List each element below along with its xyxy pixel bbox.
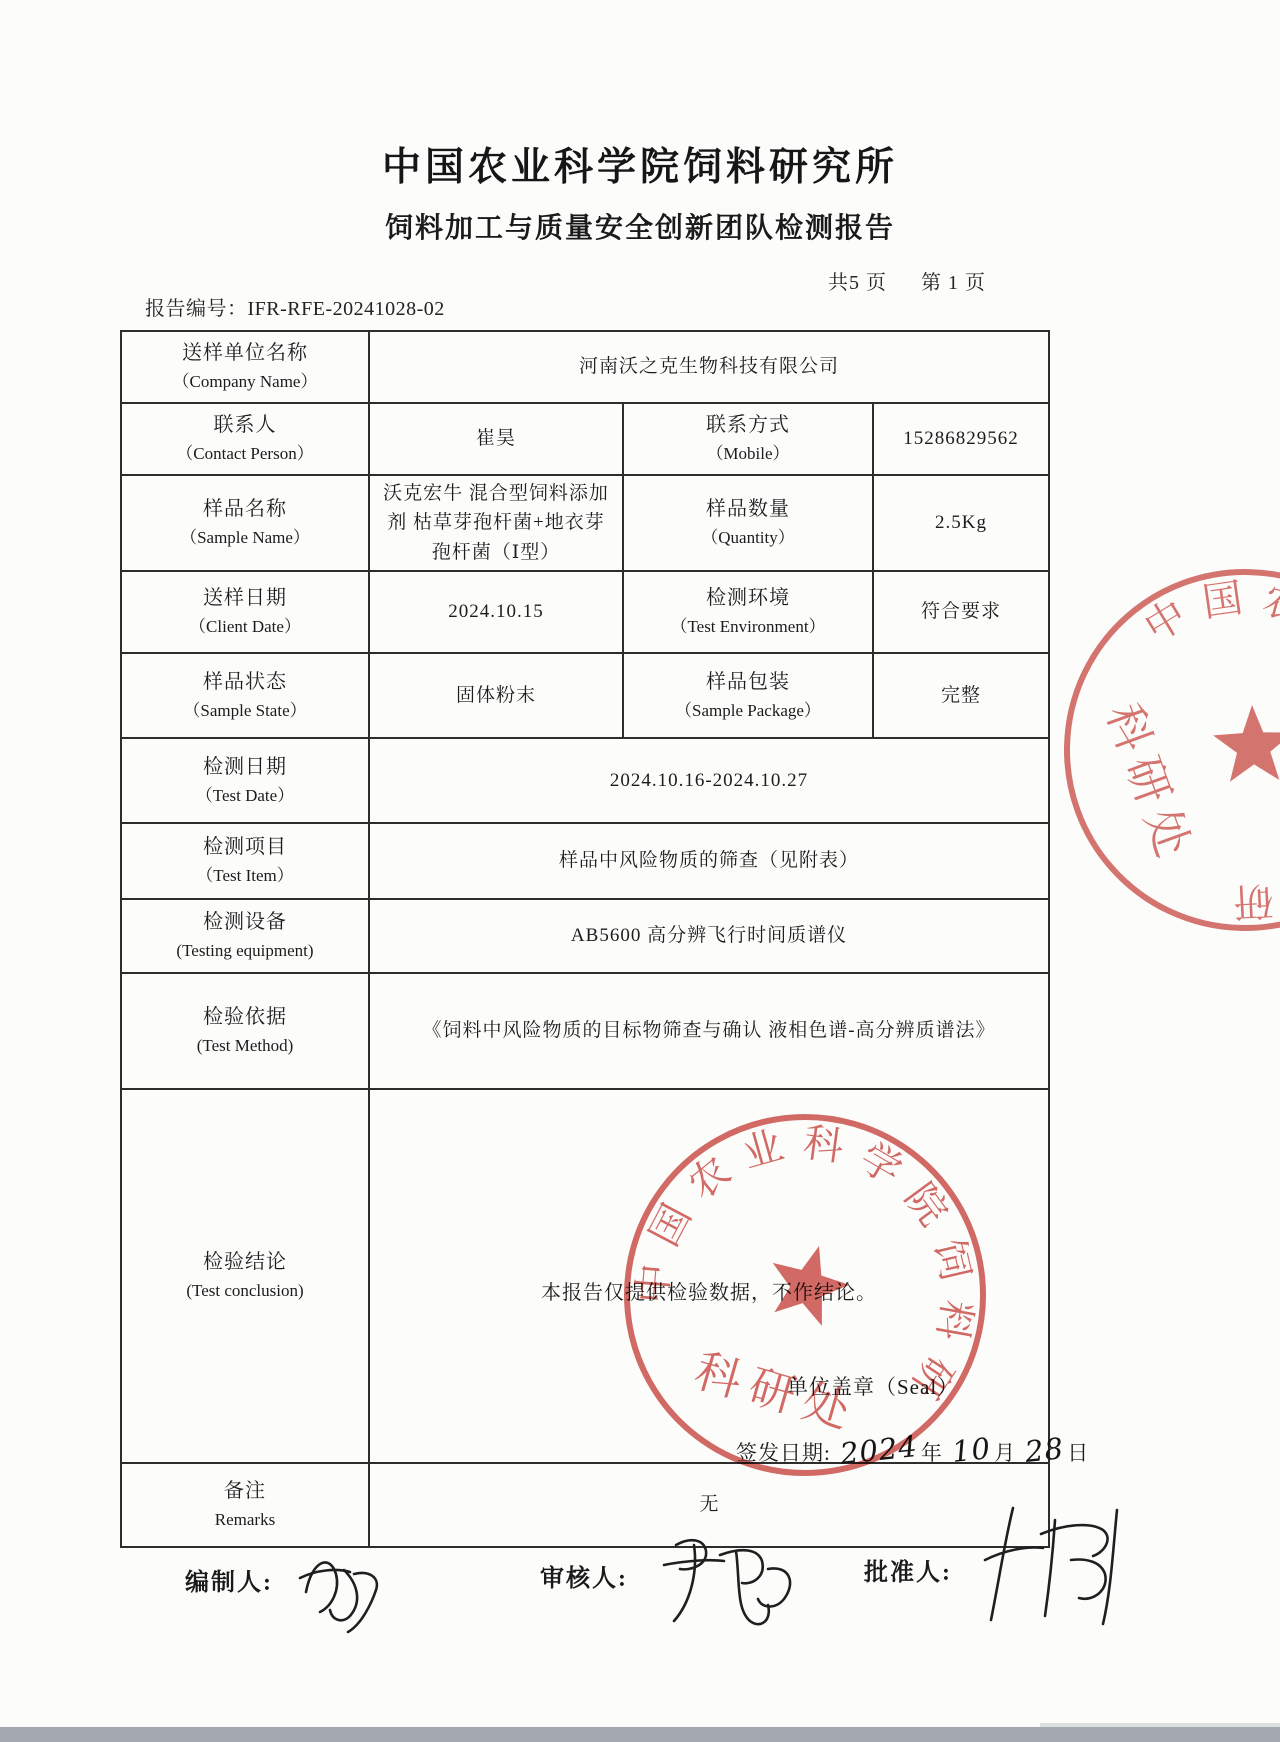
page-count-info: 共5 页 第 1 页 (828, 266, 986, 295)
conclusion-label-cell: 检验结论 (Test conclusion) (121, 1089, 369, 1463)
contact-label-cn: 联系人 (132, 410, 358, 441)
client-date-label-en: （Client Date） (132, 614, 358, 640)
test-date-label-cn: 检测日期 (132, 752, 358, 783)
sample-name-label-cell: 样品名称 （Sample Name） (121, 475, 369, 571)
seal-label: 单位盖章（Seal） (787, 1371, 959, 1404)
method-label-cn: 检验依据 (132, 1002, 358, 1033)
company-label-cn: 送样单位名称 (132, 338, 358, 369)
current-page-label: 第 1 页 (921, 272, 986, 294)
report-table: 送样单位名称 （Company Name） 河南沃之克生物科技有限公司 联系人 … (120, 330, 1050, 1548)
sample-state-label-cn: 样品状态 (132, 667, 358, 698)
day-unit: 日 (1067, 1441, 1089, 1465)
sign-date-month-handwritten: 10 (950, 1426, 993, 1475)
remarks-label-en: Remarks (132, 1507, 358, 1533)
package-label-en: （Sample Package） (634, 698, 862, 724)
company-label-en: （Company Name） (132, 369, 358, 395)
package-label-cn: 样品包装 (634, 667, 862, 698)
mobile-label-cn: 联系方式 (634, 410, 862, 441)
equipment-value-cell: AB5600 高分辨飞行时间质谱仪 (369, 899, 1049, 973)
reviewed-by-signature (650, 1525, 800, 1640)
page-subtitle: 饲料加工与质量安全创新团队检测报告 (0, 206, 1280, 246)
conclusion-statement: 本报告仅提供检验数据，不作结论。 (370, 1278, 1048, 1309)
contact-value-cell: 崔昊 (369, 403, 623, 475)
equipment-label-cell: 检测设备 (Testing equipment) (121, 899, 369, 973)
quantity-label-cell: 样品数量 （Quantity） (623, 475, 873, 571)
table-row: 检验依据 (Test Method) 《饲料中风险物质的目标物筛查与确认 液相色… (121, 973, 1049, 1089)
prepared-by-signature (292, 1540, 392, 1635)
package-value-cell: 完整 (873, 653, 1049, 738)
quantity-label-cn: 样品数量 (634, 494, 862, 525)
table-row: 检测项目 （Test Item） 样品中风险物质的筛查（见附表） (121, 823, 1049, 899)
sign-date-day-handwritten: 28 (1023, 1426, 1066, 1475)
test-item-label-cn: 检测项目 (132, 832, 358, 863)
edge-seal-dept-text: 科研处 (1097, 697, 1202, 872)
table-row: 备注 Remarks 无 (121, 1463, 1049, 1547)
prepared-by-label: 编制人: (185, 1562, 273, 1597)
table-row: 联系人 （Contact Person） 崔昊 联系方式 （Mobile） 15… (121, 403, 1049, 475)
year-unit: 年 (921, 1441, 943, 1465)
test-env-value-cell: 符合要求 (873, 571, 1049, 653)
method-value-cell: 《饲料中风险物质的目标物筛查与确认 液相色谱-高分辨质谱法》 (369, 973, 1049, 1089)
contact-label-en: （Contact Person） (132, 441, 358, 467)
company-value-cell: 河南沃之克生物科技有限公司 (369, 331, 1049, 403)
conclusion-label-cn: 检验结论 (132, 1247, 358, 1278)
table-row: 检测设备 (Testing equipment) AB5600 高分辨飞行时间质… (121, 899, 1049, 973)
approved-by-signature (975, 1500, 1130, 1640)
table-row: 送样日期 （Client Date） 2024.10.15 检测环境 （Test… (121, 571, 1049, 653)
contact-label-cell: 联系人 （Contact Person） (121, 403, 369, 475)
table-row: 样品状态 （Sample State） 固体粉末 样品包装 （Sample Pa… (121, 653, 1049, 738)
company-label-cell: 送样单位名称 （Company Name） (121, 331, 369, 403)
test-env-label-cn: 检测环境 (634, 583, 862, 614)
mobile-value-cell: 15286829562 (873, 403, 1049, 475)
remarks-label-cell: 备注 Remarks (121, 1463, 369, 1547)
sign-date-year-handwritten: 2024 (838, 1424, 920, 1477)
total-pages-label: 共5 页 (828, 272, 887, 294)
edge-partial-seal: 中国农业科学院饲料研究所 科研处 (1050, 555, 1280, 945)
approved-by-label: 批准人: (864, 1552, 952, 1587)
test-env-label-en: （Test Environment） (634, 614, 862, 640)
test-item-value-cell: 样品中风险物质的筛查（见附表） (369, 823, 1049, 899)
conclusion-label-en: (Test conclusion) (132, 1278, 358, 1304)
scan-edge-bar (0, 1727, 1280, 1742)
method-label-en: (Test Method) (132, 1033, 358, 1059)
client-date-value-cell: 2024.10.15 (369, 571, 623, 653)
equipment-label-cn: 检测设备 (132, 907, 358, 938)
report-page: 中国农业科学院饲料研究所 饲料加工与质量安全创新团队检测报告 共5 页 第 1 … (0, 0, 1280, 1742)
conclusion-value-cell: 本报告仅提供检验数据，不作结论。 单位盖章（Seal） 签发日期: 2024年 … (369, 1089, 1049, 1463)
sample-state-label-cell: 样品状态 （Sample State） (121, 653, 369, 738)
client-date-label-cn: 送样日期 (132, 583, 358, 614)
page-title: 中国农业科学院饲料研究所 (0, 136, 1280, 192)
edge-seal-org-text: 中国农业科学院饲料研究所 (1104, 555, 1280, 939)
remarks-label-cn: 备注 (132, 1476, 358, 1507)
reviewed-by-label: 审核人: (540, 1558, 628, 1593)
sample-state-label-en: （Sample State） (132, 698, 358, 724)
sample-name-label-cn: 样品名称 (132, 494, 358, 525)
sample-name-value-cell: 沃克宏牛 混合型饲料添加剂 枯草芽孢杆菌+地衣芽孢杆菌（Ⅰ型） (369, 475, 623, 571)
test-date-label-en: （Test Date） (132, 783, 358, 809)
method-label-cell: 检验依据 (Test Method) (121, 973, 369, 1089)
test-env-label-cell: 检测环境 （Test Environment） (623, 571, 873, 653)
sample-state-value-cell: 固体粉末 (369, 653, 623, 738)
sign-date-label: 签发日期: (736, 1441, 831, 1465)
package-label-cell: 样品包装 （Sample Package） (623, 653, 873, 738)
table-row: 检验结论 (Test conclusion) 本报告仅提供检验数据，不作结论。 … (121, 1089, 1049, 1463)
test-item-label-en: （Test Item） (132, 863, 358, 889)
test-date-label-cell: 检测日期 （Test Date） (121, 738, 369, 823)
quantity-label-en: （Quantity） (634, 525, 862, 551)
mobile-label-cell: 联系方式 （Mobile） (623, 403, 873, 475)
edge-seal-star-icon (1208, 695, 1280, 796)
table-row: 送样单位名称 （Company Name） 河南沃之克生物科技有限公司 (121, 331, 1049, 403)
edge-seal-ring (1050, 555, 1280, 945)
equipment-label-en: (Testing equipment) (132, 938, 358, 964)
table-row: 样品名称 （Sample Name） 沃克宏牛 混合型饲料添加剂 枯草芽孢杆菌+… (121, 475, 1049, 571)
table-row: 检测日期 （Test Date） 2024.10.16-2024.10.27 (121, 738, 1049, 823)
quantity-value-cell: 2.5Kg (873, 475, 1049, 571)
month-unit: 月 (994, 1441, 1016, 1465)
report-number: 报告编号：IFR-RFE-20241028-02 (145, 292, 445, 321)
client-date-label-cell: 送样日期 （Client Date） (121, 571, 369, 653)
sample-name-label-en: （Sample Name） (132, 525, 358, 551)
mobile-label-en: （Mobile） (634, 441, 862, 467)
test-date-value-cell: 2024.10.16-2024.10.27 (369, 738, 1049, 823)
test-item-label-cell: 检测项目 （Test Item） (121, 823, 369, 899)
sign-date-line: 签发日期: 2024年 10月 28日 (736, 1428, 1089, 1473)
